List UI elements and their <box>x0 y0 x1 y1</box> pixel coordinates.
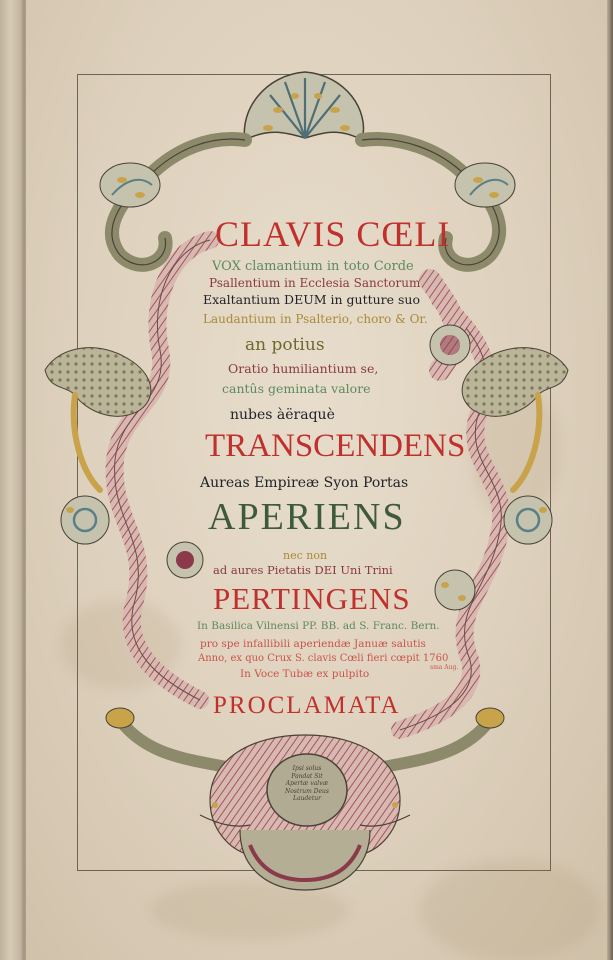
line-basilica: In Basilica Vilnensi PP. BB. ad S. Franc… <box>197 621 440 632</box>
line-aureas: Aureas Empireæ Syon Portas <box>200 476 408 490</box>
line-an-potius: an potius <box>245 337 325 354</box>
line-anno: Anno, ex quo Crux S. clavis Cœli fieri c… <box>198 654 448 664</box>
medallion-line: Nostrum Deus <box>272 788 342 796</box>
title-text-block: CLAVIS CŒLI VOX clamantium in toto Corde… <box>0 0 613 960</box>
line-nec-non: nec non <box>283 550 327 561</box>
line-in-voce: In Voce Tubæ ex pulpito <box>240 669 369 680</box>
title-aperiens: APERIENS <box>208 498 406 536</box>
title-proclamata: PROCLAMATA <box>213 693 400 718</box>
line-oratio: Oratio humiliantium se, <box>228 363 378 376</box>
title-pertingens: PERTINGENS <box>213 583 411 614</box>
line-ad-aures: ad aures Pietatis DEI Uni Trini <box>213 565 393 577</box>
title-clavis-coeli: CLAVIS CŒLI <box>215 216 450 252</box>
line-anno-superscript: sma Aug. <box>430 665 458 671</box>
line-psallentium: Psallentium in Ecclesia Sanctorum <box>209 277 420 289</box>
manuscript-page: CLAVIS CŒLI VOX clamantium in toto Corde… <box>0 0 613 960</box>
title-transcendens: TRANSCENDENS <box>205 430 465 463</box>
line-cantus: cantûs geminata valore <box>222 383 371 396</box>
medallion-line: Pandat Sit <box>272 773 342 781</box>
line-pro-spe: pro spe infallibili aperiendæ Januæ salu… <box>200 639 426 650</box>
medallion-inscription: Ipsi solus Pandat Sit Apertæ valvæ Nostr… <box>272 765 342 803</box>
line-vox: VOX clamantium in toto Corde <box>212 260 414 273</box>
line-exaltantium: Exaltantium DEUM in gutture suo <box>203 294 420 307</box>
medallion-line: Ipsi solus <box>272 765 342 773</box>
line-nubes: nubes àëraquè <box>230 408 335 422</box>
medallion-line: Apertæ valvæ <box>272 780 342 788</box>
line-laudantium: Laudantium in Psalterio, choro & Or. <box>203 313 428 325</box>
medallion-line: Laudetur <box>272 795 342 803</box>
